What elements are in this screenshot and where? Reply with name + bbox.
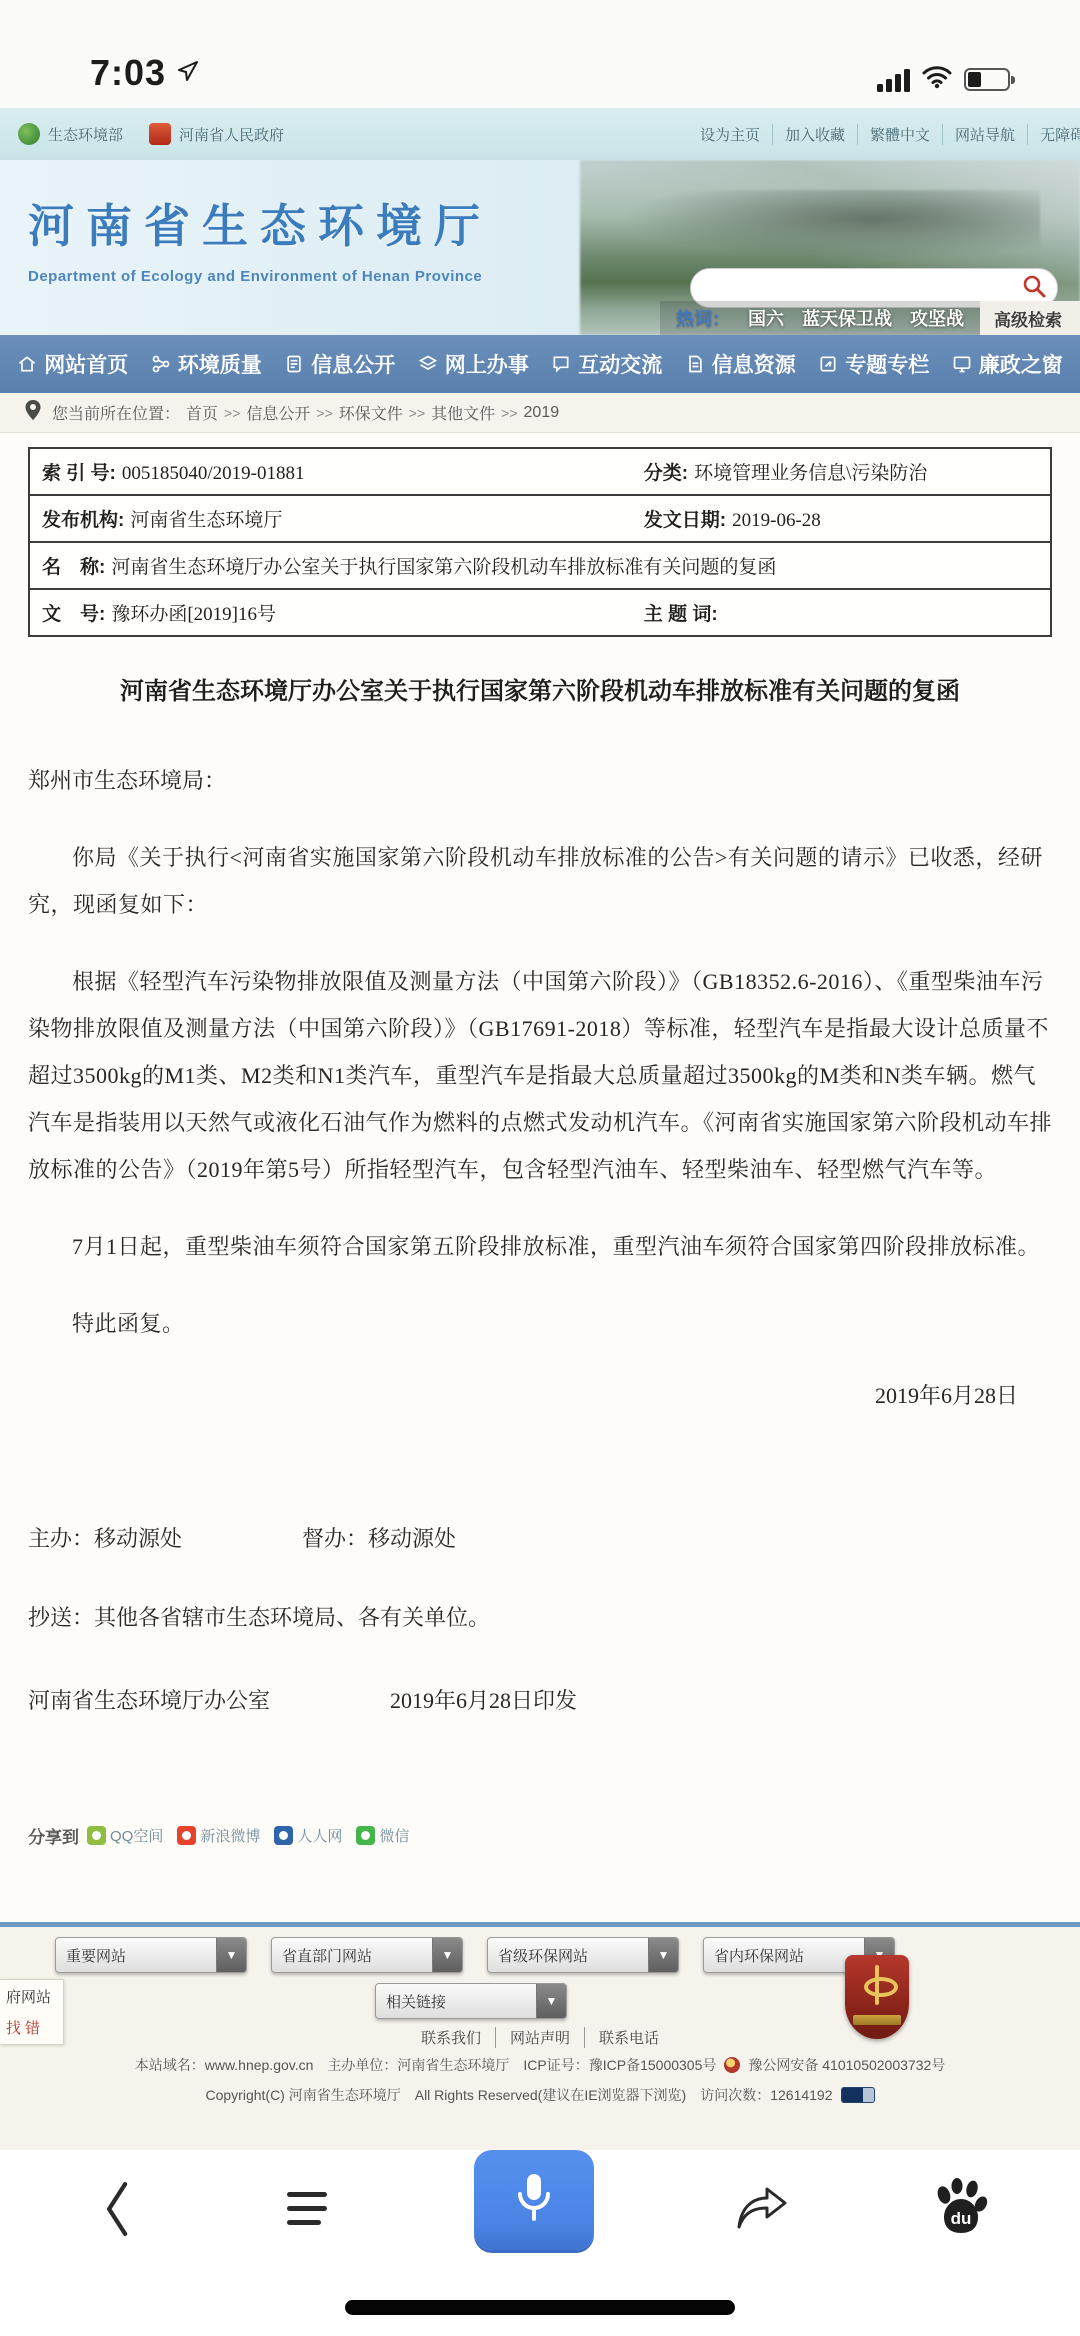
location-pin-icon <box>24 399 42 426</box>
content-area: 索 引 号: 005185040/2019-01881 分类: 环境管理业务信息… <box>0 433 1080 1922</box>
dropdown-related-links[interactable]: 相关链接 ▼ <box>375 1983 567 2019</box>
error-report-line2: 找错 <box>6 2017 57 2038</box>
share-weibo[interactable]: 新浪微博 <box>177 1825 260 1846</box>
meta-number: 文 号: 豫环办函[2019]16号 <box>30 590 632 635</box>
dropdown-label: 省级环保网站 <box>488 1945 588 1966</box>
cellular-signal-icon <box>877 68 910 92</box>
dropdown-label: 重要网站 <box>56 1945 126 1966</box>
screen: 7:03 生态环境部 河南省人民政府 设为主页 加入 <box>0 0 1080 2336</box>
nav-label: 互动交流 <box>578 349 662 379</box>
breadcrumb-home[interactable]: 首页 <box>186 401 218 424</box>
document-meta-table: 索 引 号: 005185040/2019-01881 分类: 环境管理业务信息… <box>28 447 1052 637</box>
book-icon <box>284 354 304 374</box>
chevron-down-icon: ▼ <box>648 1938 678 1972</box>
voice-search-button[interactable] <box>474 2150 594 2250</box>
meta-category: 分类: 环境管理业务信息\污染防治 <box>632 449 1050 494</box>
chevron-down-icon: ▼ <box>216 1938 246 1972</box>
footer-security-badge-text[interactable]: 豫公网安备 41010502003732号 <box>748 2055 945 2075</box>
chat-icon <box>551 354 571 374</box>
meta-agency-value: 河南省生态环境厅 <box>130 505 282 532</box>
document-date: 2019年6月28日 <box>28 1379 1052 1410</box>
meta-pubdate: 发文日期: 2019-06-28 <box>632 496 1050 541</box>
meta-category-value: 环境管理业务信息\污染防治 <box>694 458 927 485</box>
link-henan-gov-label: 河南省人民政府 <box>179 124 284 145</box>
breadcrumb: 您当前所在位置： 首页 >> 信息公开 >> 环保文件 >> 其他文件 >> 2… <box>0 393 1080 433</box>
meta-agency: 发布机构: 河南省生态环境厅 <box>30 496 632 541</box>
shield-band <box>853 2015 901 2025</box>
search-icon[interactable] <box>1021 273 1047 304</box>
baidu-paw-icon: du <box>932 2177 990 2242</box>
government-shield-badge <box>845 1955 909 2039</box>
cnnic-badge-icon <box>841 2087 875 2103</box>
breadcrumb-separator: >> <box>501 405 517 421</box>
nav-item-env-quality[interactable]: 环境质量 <box>151 349 262 379</box>
share-button[interactable] <box>733 2154 793 2264</box>
microphone-icon <box>512 2170 556 2231</box>
dropdown-label: 省直部门网站 <box>272 1945 372 1966</box>
dropdown-important-sites[interactable]: 重要网站 ▼ <box>55 1937 247 1973</box>
hotword-battle[interactable]: 攻坚战 <box>910 305 964 331</box>
battery-icon <box>964 68 1010 91</box>
share-row: 分享到 QQ空间 新浪微博 人人网 微信 <box>28 1823 415 1848</box>
link-add-favorite[interactable]: 加入收藏 <box>773 124 858 145</box>
document-paragraph: 你局《关于执行<河南省实施国家第六阶段机动车排放标准的公告>有关问题的请示》已收… <box>28 834 1052 928</box>
document-title: 河南省生态环境厅办公室关于执行国家第六阶段机动车排放标准有关问题的复函 <box>28 671 1052 706</box>
breadcrumb-env-documents[interactable]: 环保文件 <box>339 401 403 424</box>
meta-index: 索 引 号: 005185040/2019-01881 <box>30 449 632 494</box>
error-report-widget[interactable]: 府网站 找错 <box>0 1979 64 2045</box>
footer-link-site-statement[interactable]: 网站声明 <box>496 2027 585 2048</box>
hotwords-label: 热词： <box>676 305 730 331</box>
nav-item-special-columns[interactable]: 专题专栏 <box>818 349 929 379</box>
baidu-home-button[interactable]: du <box>932 2154 990 2264</box>
document-print-date: 2019年6月28日印发 <box>390 1684 577 1715</box>
breadcrumb-separator: >> <box>316 405 332 421</box>
menu-button[interactable] <box>279 2154 335 2264</box>
back-button[interactable] <box>96 2154 140 2264</box>
breadcrumb-separator: >> <box>224 405 240 421</box>
nav-label: 环境质量 <box>178 349 262 379</box>
meta-index-label: 索 引 号: <box>42 458 116 485</box>
chevron-down-icon: ▼ <box>432 1938 462 1972</box>
advanced-search-label: 高级检索 <box>994 306 1062 331</box>
meta-number-value: 豫环办函[2019]16号 <box>111 599 276 626</box>
site-footer: 重要网站 ▼ 省直部门网站 ▼ 省级环保网站 ▼ 省内环保网站 ▼ 相关链接 ▼ <box>0 1927 1080 2150</box>
link-traditional-chinese[interactable]: 繁體中文 <box>858 124 943 145</box>
renren-icon <box>274 1826 293 1845</box>
document-supervisor: 督办：移动源处 <box>302 1522 456 1553</box>
nav-label: 信息资源 <box>712 349 796 379</box>
meta-pubdate-label: 发文日期: <box>644 505 726 532</box>
share-qzone[interactable]: QQ空间 <box>87 1825 163 1846</box>
breadcrumb-info-disclosure[interactable]: 信息公开 <box>246 401 310 424</box>
chevron-down-icon: ▼ <box>536 1984 566 2018</box>
document-body: 河南省生态环境厅办公室关于执行国家第六阶段机动车排放标准有关问题的复函 郑州市生… <box>28 671 1052 1715</box>
link-accessibility[interactable]: 无障碍模式 <box>1028 124 1080 145</box>
hotword-bluesky[interactable]: 蓝天保卫战 <box>802 305 892 331</box>
footer-info-line1: 本站域名：www.hnep.gov.cn 主办单位：河南省生态环境厅 ICP证号… <box>135 2055 717 2075</box>
document-paragraph: 7月1日起，重型柴油车须符合国家第五阶段排放标准，重型汽油车须符合国家第四阶段排… <box>28 1223 1052 1270</box>
meta-pubdate-value: 2019-06-28 <box>732 510 821 532</box>
link-mee[interactable]: 生态环境部 <box>18 123 123 145</box>
site-subtitle: Department of Ecology and Environment of… <box>28 268 492 285</box>
meta-title-label: 名 称: <box>42 552 105 579</box>
breadcrumb-year[interactable]: 2019 <box>524 404 560 422</box>
nav-item-info-disclosure[interactable]: 信息公开 <box>284 349 395 379</box>
home-indicator[interactable] <box>345 2300 735 2315</box>
error-report-line1: 府网站 <box>6 1986 57 2007</box>
layers-icon <box>418 354 438 374</box>
shield-emblem-icon <box>864 1965 890 2005</box>
share-renren[interactable]: 人人网 <box>274 1825 342 1846</box>
nav-item-home[interactable]: 网站首页 <box>17 349 128 379</box>
public-security-badge-icon <box>724 2057 740 2073</box>
qzone-icon <box>87 1826 106 1845</box>
share-wechat[interactable]: 微信 <box>356 1825 409 1846</box>
location-arrow-icon <box>176 59 200 88</box>
document-cc: 抄送：其他各省辖市生态环境局、各有关单位。 <box>28 1601 1052 1632</box>
link-set-homepage[interactable]: 设为主页 <box>688 124 773 145</box>
link-site-navigation[interactable]: 网站导航 <box>943 124 1028 145</box>
clock: 7:03 <box>90 52 166 94</box>
link-mee-label: 生态环境部 <box>48 124 123 145</box>
mee-logo-icon <box>18 123 40 145</box>
utility-bar: 生态环境部 河南省人民政府 设为主页 加入收藏 繁體中文 网站导航 无障碍模式 <box>0 108 1080 160</box>
breadcrumb-separator: >> <box>409 405 425 421</box>
meta-title-value: 河南省生态环境厅办公室关于执行国家第六阶段机动车排放标准有关问题的复函 <box>111 552 776 579</box>
meta-agency-label: 发布机构: <box>42 505 124 532</box>
meta-category-label: 分类: <box>644 458 688 485</box>
document-salutation: 郑州市生态环境局： <box>28 758 1052 804</box>
document-paragraph: 特此函复。 <box>28 1300 1052 1347</box>
nav-label: 信息公开 <box>311 349 395 379</box>
nav-label: 网站首页 <box>44 349 128 379</box>
breadcrumb-other-documents[interactable]: 其他文件 <box>431 401 495 424</box>
share-renren-label: 人人网 <box>297 1825 342 1846</box>
dropdown-provincial-env-sites[interactable]: 省级环保网站 ▼ <box>487 1937 679 1973</box>
document-icon <box>685 354 705 374</box>
footer-link-phone[interactable]: 联系电话 <box>585 2027 673 2048</box>
nav-item-integrity-window[interactable]: 廉政之窗 <box>952 349 1063 379</box>
meta-title: 名 称: 河南省生态环境厅办公室关于执行国家第六阶段机动车排放标准有关问题的复函 <box>30 543 1050 588</box>
share-label: 分享到 <box>28 1823 79 1848</box>
share-weibo-label: 新浪微博 <box>200 1825 260 1846</box>
meta-number-label: 文 号: <box>42 599 105 626</box>
meta-keywords-label: 主 题 词: <box>644 599 718 626</box>
nav-item-interaction[interactable]: 互动交流 <box>551 349 662 379</box>
document-paragraph: 根据《轻型汽车污染物排放限值及测量方法（中国第六阶段）》（GB18352.6-2… <box>28 958 1052 1193</box>
footer-info-line2: Copyright(C) 河南省生态环境厅 All Rights Reserve… <box>205 2085 832 2105</box>
dropdown-label: 相关链接 <box>376 1991 446 2012</box>
weibo-icon <box>177 1826 196 1845</box>
meta-keywords: 主 题 词: <box>632 590 1050 635</box>
meta-index-value: 005185040/2019-01881 <box>122 463 305 485</box>
document-issuer: 河南省生态环境厅办公室 <box>28 1684 270 1715</box>
nav-label: 专题专栏 <box>845 349 929 379</box>
dropdown-provincial-departments[interactable]: 省直部门网站 ▼ <box>271 1937 463 1973</box>
breadcrumb-prefix: 您当前所在位置： <box>52 401 180 424</box>
wechat-icon <box>356 1826 375 1845</box>
dropdown-label: 省内环保网站 <box>704 1945 804 1966</box>
nav-label: 网上办事 <box>445 349 529 379</box>
svg-text:du: du <box>951 2209 972 2228</box>
status-bar: 7:03 <box>0 0 1080 108</box>
home-icon <box>17 354 37 374</box>
nodes-icon <box>151 354 171 374</box>
share-qzone-label: QQ空间 <box>110 1825 163 1846</box>
main-nav: 网站首页 环境质量 信息公开 网上办事 互动交流 信息资源 专题专栏 廉政之窗 <box>0 335 1080 393</box>
link-henan-gov[interactable]: 河南省人民政府 <box>149 123 284 145</box>
hotword-guoliu[interactable]: 国六 <box>748 305 784 331</box>
share-wechat-label: 微信 <box>379 1825 409 1846</box>
edit-icon <box>818 354 838 374</box>
monitor-icon <box>952 354 972 374</box>
nav-label: 廉政之窗 <box>979 349 1063 379</box>
wifi-icon <box>922 65 952 94</box>
site-title: 河南省生态环境厅 <box>28 190 492 256</box>
henan-gov-logo-icon <box>149 123 171 145</box>
nav-item-info-resources[interactable]: 信息资源 <box>685 349 796 379</box>
nav-item-online-services[interactable]: 网上办事 <box>418 349 529 379</box>
document-organizer: 主办：移动源处 <box>28 1522 182 1553</box>
footer-link-contact-us[interactable]: 联系我们 <box>407 2027 496 2048</box>
advanced-search-link[interactable]: 高级检索 <box>980 301 1080 335</box>
site-banner: 河南省生态环境厅 Department of Ecology and Envir… <box>0 160 1080 335</box>
